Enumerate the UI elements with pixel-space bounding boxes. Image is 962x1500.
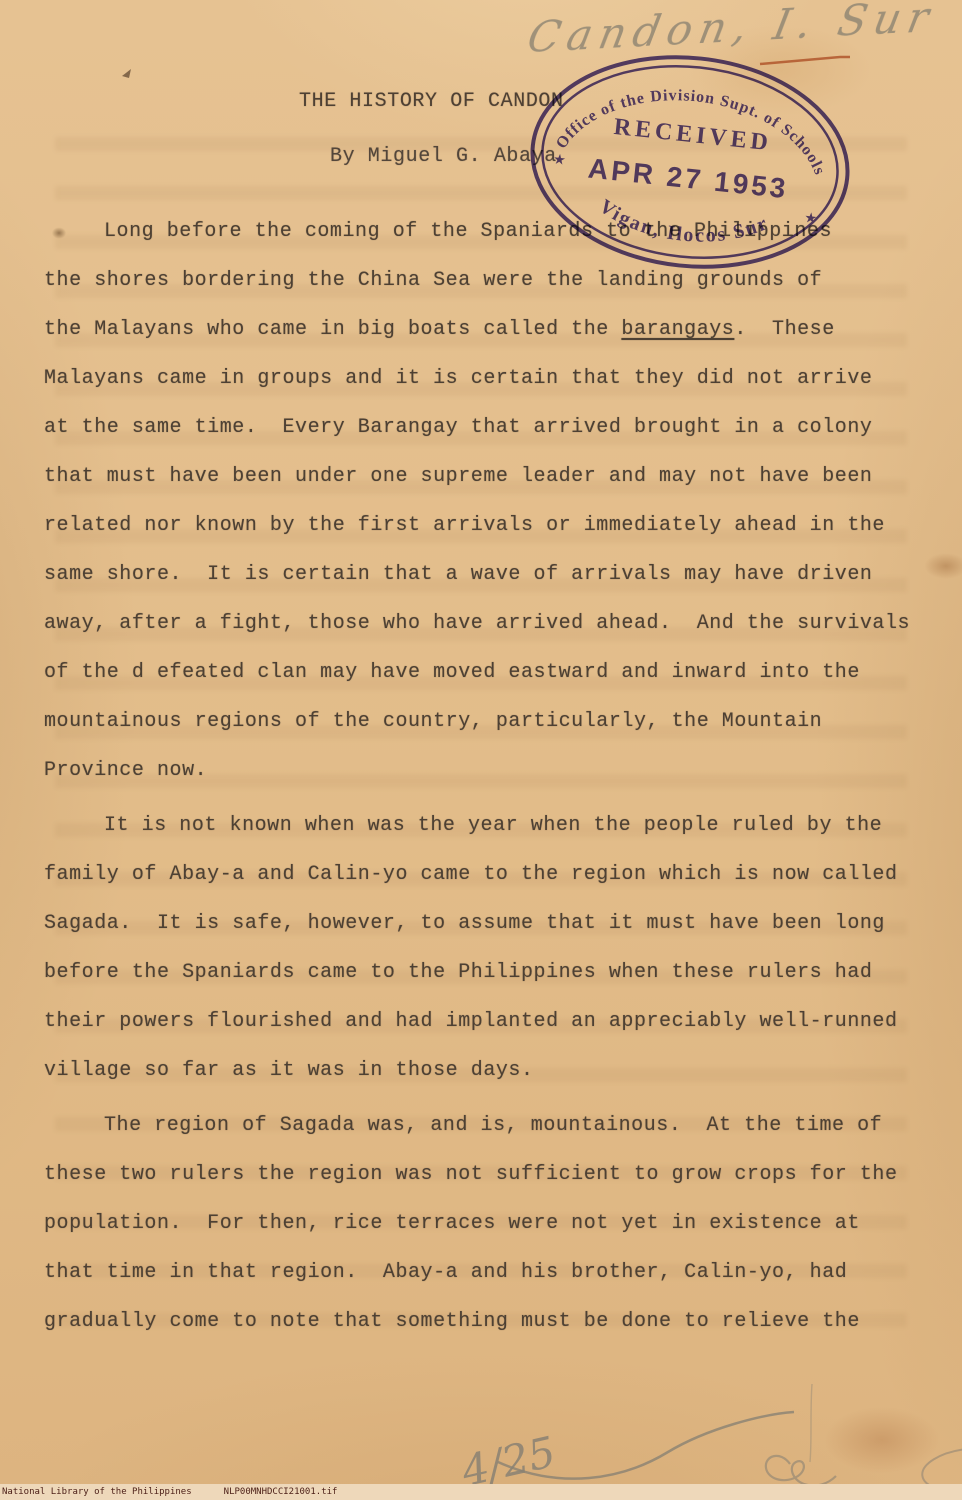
- stamp-date: APR 27 1953: [587, 152, 790, 204]
- body-line: It is not known when was the year when t…: [44, 801, 924, 850]
- scan-footer: National Library of the Philippines NLP0…: [0, 1484, 962, 1500]
- body-line: The region of Sagada was, and is, mounta…: [44, 1101, 924, 1150]
- body-line-text: before the Spaniards came to the Philipp…: [44, 961, 872, 984]
- body-line-text: village so far as it was in those days.: [44, 1059, 534, 1082]
- body-line-text: their powers flourished and had implante…: [44, 1010, 898, 1033]
- received-stamp-graphic: Office of the Division Supt. of Schools …: [507, 29, 873, 296]
- star-right-icon: ★: [804, 206, 818, 230]
- body-line: population. For then, rice terraces were…: [44, 1199, 924, 1248]
- body-line-text: population. For then, rice terraces were…: [44, 1212, 860, 1235]
- body-line-text: of the d efeated clan may have moved eas…: [44, 661, 860, 684]
- scanned-document-page: THE HISTORY OF CANDON By Miguel G. Abaya…: [0, 0, 962, 1500]
- star-left-icon: ★: [552, 148, 566, 172]
- received-stamp: Office of the Division Supt. of Schools …: [507, 29, 873, 296]
- body-line-text: the Malayans who came in big boats calle…: [44, 318, 621, 341]
- body-line: Sagada. It is safe, however, to assume t…: [44, 899, 924, 948]
- body-line: family of Abay-a and Calin-yo came to th…: [44, 850, 924, 899]
- body-line-text: same shore. It is certain that a wave of…: [44, 563, 872, 586]
- body-line: before the Spaniards came to the Philipp…: [44, 948, 924, 997]
- body-line-text: family of Abay-a and Calin-yo came to th…: [44, 863, 898, 886]
- body-line-text: . These: [734, 318, 834, 341]
- stamp-received-label: RECEIVED: [613, 114, 774, 156]
- body-line-text: these two rulers the region was not suff…: [44, 1163, 898, 1186]
- body-line-text: away, after a fight, those who have arri…: [44, 612, 910, 635]
- body-line-text: Sagada. It is safe, however, to assume t…: [44, 912, 885, 935]
- body-line-text: that must have been under one supreme le…: [44, 465, 872, 488]
- pencil-vertical-line: [810, 1384, 812, 1462]
- body-line: Malayans came in groups and it is certai…: [44, 354, 924, 403]
- stamp-location-arc-text: Vigan, Ilocos Sur: [593, 194, 774, 255]
- body-line: that time in that region. Abay-a and his…: [44, 1248, 924, 1297]
- body-line: Province now.: [44, 746, 924, 795]
- pencil-scribble: [766, 1456, 836, 1486]
- footer-library-label: National Library of the Philippines: [2, 1487, 192, 1497]
- body-line: the Malayans who came in big boats calle…: [44, 305, 924, 354]
- body-line-text: Province now.: [44, 759, 207, 782]
- document-body: Long before the coming of the Spaniards …: [44, 207, 924, 1346]
- paper-fleck: [122, 69, 131, 78]
- body-line-text: It is not known when was the year when t…: [104, 814, 882, 837]
- underlined-word: barangays: [621, 318, 734, 341]
- body-line: their powers flourished and had implante…: [44, 997, 924, 1046]
- body-line-text: at the same time. Every Barangay that ar…: [44, 416, 872, 439]
- body-line: at the same time. Every Barangay that ar…: [44, 403, 924, 452]
- body-line: mountainous regions of the country, part…: [44, 697, 924, 746]
- body-line-text: mountainous regions of the country, part…: [44, 710, 822, 733]
- body-line: related nor known by the first arrivals …: [44, 501, 924, 550]
- body-line: same shore. It is certain that a wave of…: [44, 550, 924, 599]
- body-line-text: The region of Sagada was, and is, mounta…: [104, 1114, 882, 1137]
- body-line-text: Malayans came in groups and it is certai…: [44, 367, 872, 390]
- body-line: of the d efeated clan may have moved eas…: [44, 648, 924, 697]
- body-line-text: gradually come to note that something mu…: [44, 1310, 860, 1333]
- body-line: these two rulers the region was not suff…: [44, 1150, 924, 1199]
- body-line-text: that time in that region. Abay-a and his…: [44, 1261, 847, 1284]
- body-line: that must have been under one supreme le…: [44, 452, 924, 501]
- body-line: away, after a fight, those who have arri…: [44, 599, 924, 648]
- footer-filename: NLP00MNHDCCI21001.tif: [224, 1487, 338, 1497]
- pencil-flourish: [498, 1412, 794, 1479]
- body-line-text: related nor known by the first arrivals …: [44, 514, 885, 537]
- body-line: gradually come to note that something mu…: [44, 1297, 924, 1346]
- body-line: village so far as it was in those days.: [44, 1046, 924, 1095]
- stamp-location-arc: Vigan, Ilocos Sur: [593, 194, 774, 255]
